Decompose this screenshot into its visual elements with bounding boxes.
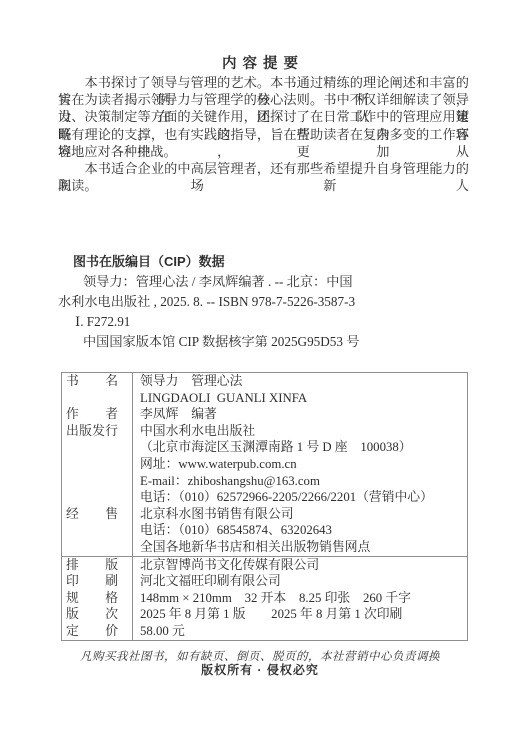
row-value: 网址：www.waterpub.com.cn [133,456,467,473]
table-row-email: E-mail：zhiboshangshu@163.com [62,473,467,490]
row-label [62,522,133,539]
summary-line: 旨在为读者揭示领导力与管理学的核心法则。书中不仅详细解读了领导力在团队建 [58,91,469,108]
row-value: 148mm × 210mm 32 开本 8.25 印张 260 千字 [133,590,467,607]
row-value: 电话：（010）62572966-2205/2266/2201（营销中心） [133,489,467,506]
cip-block: 图书在版编目（CIP）数据 领导力：管理心法 / 李凤辉编著 . -- 北京：中… [58,251,469,352]
table-row-publisher: 出版发行 中国水利水电出版社 [62,423,467,440]
summary-paragraphs: 本书探讨了领导与管理的艺术。本书通过精练的理论阐述和丰富的实例分析， 旨在为读者… [58,74,469,194]
row-label: 排 版 [62,557,133,574]
table-row-distributor: 经 售 北京科水图书销售有限公司 [62,506,467,523]
colophon-table: 书 名 领导力 管理心法 LINGDAOLI GUANLI XINFA 作 者 … [61,372,468,641]
table-row-format: 规 格 148mm × 210mm 32 开本 8.25 印张 260 千字 [62,590,467,607]
cip-line-record: 中国国家版本馆 CIP 数据核字第 2025G95D53 号 [58,332,469,352]
table-row-price: 定 价 58.00 元 [62,623,467,640]
table-row-typesetting: 排 版 北京智博尚书文化传媒有限公司 [62,557,467,574]
cip-heading: 图书在版编目（CIP）数据 [58,251,469,272]
cip-line-class: Ⅰ. F272.91 [58,312,469,332]
row-value: 58.00 元 [133,623,467,640]
table-row-website: 网址：www.waterpub.com.cn [62,456,467,473]
row-label [62,473,133,490]
table-row-pinyin: LINGDAOLI GUANLI XINFA [62,390,467,407]
row-label [62,439,133,456]
row-label [62,456,133,473]
row-label: 作 者 [62,406,133,423]
row-value: E-mail：zhiboshangshu@163.com [133,473,467,490]
table-row-author: 作 者 李凤辉 编著 [62,406,467,423]
row-label: 书 名 [62,373,133,390]
row-label: 出版发行 [62,423,133,440]
row-label: 经 售 [62,506,133,523]
row-value: 全国各地新华书店和相关出版物销售网点 [133,539,467,556]
summary-line: 设、决策制定等方面的关键作用，还探讨了在日常工作中的管理应用策略。这些内容 [58,108,469,125]
table-row-address: （北京市海淀区玉渊潭南路 1 号 D 座 100038） [62,439,467,456]
row-value: 河北文福旺印刷有限公司 [133,573,467,590]
row-label: 印 刷 [62,573,133,590]
summary-line: 本书适合企业的中高层管理者，还有那些希望提升自身管理能力的职场新人 [58,160,469,177]
row-label [62,390,133,407]
table-row-printing: 印 刷 河北文福旺印刷有限公司 [62,573,467,590]
row-label: 定 价 [62,623,133,640]
colophon-section-bottom: 排 版 北京智博尚书文化传媒有限公司 印 刷 河北文福旺印刷有限公司 规 格 1… [62,556,467,640]
table-row-book-title: 书 名 领导力 管理心法 [62,373,467,390]
row-label: 版 次 [62,606,133,623]
table-row-outlets: 全国各地新华书店和相关出版物销售网点 [62,539,467,556]
cip-line-isbn: 水利水电出版社 , 2025. 8. -- ISBN 978-7-5226-35… [58,292,469,312]
colophon-section-top: 书 名 领导力 管理心法 LINGDAOLI GUANLI XINFA 作 者 … [62,373,467,556]
row-label [62,539,133,556]
row-value: 2025 年 8 月第 1 版 2025 年 8 月第 1 次印刷 [133,606,467,623]
row-value: 中国水利水电出版社 [133,423,467,440]
copyright-statement: 版权所有 · 侵权必究 [0,661,520,678]
table-row-edition: 版 次 2025 年 8 月第 1 版 2025 年 8 月第 1 次印刷 [62,606,467,623]
row-value: 领导力 管理心法 [133,373,467,390]
row-label: 规 格 [62,590,133,607]
cip-line-title: 领导力：管理心法 / 李凤辉编著 . -- 北京：中国 [58,272,469,292]
summary-line: 本书探讨了领导与管理的艺术。本书通过精练的理论阐述和丰富的实例分析， [58,74,469,91]
row-value: 电话：（010）68545874、63202643 [133,522,467,539]
summary-title: 内容提要 [0,52,520,73]
row-value: （北京市海淀区玉渊潭南路 1 号 D 座 100038） [133,439,467,456]
row-label [62,489,133,506]
copyright-page: { "page": { "background": "#ffffff", "te… [0,0,520,737]
row-value: 北京科水图书销售有限公司 [133,506,467,523]
summary-line: 既有理论的支撑，也有实践的指导，旨在帮助读者在复杂多变的工作环境中，更加从 [58,126,469,143]
row-value: LINGDAOLI GUANLI XINFA [133,390,467,407]
row-value: 北京智博尚书文化传媒有限公司 [133,557,467,574]
row-value: 李凤辉 编著 [133,406,467,423]
table-row-phone-sales: 电话：（010）68545874、63202643 [62,522,467,539]
table-row-phone-marketing: 电话：（010）62572966-2205/2266/2201（营销中心） [62,489,467,506]
